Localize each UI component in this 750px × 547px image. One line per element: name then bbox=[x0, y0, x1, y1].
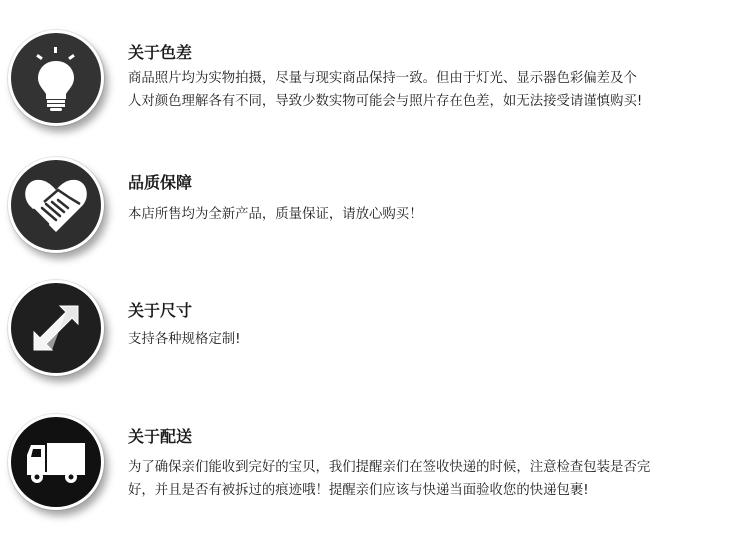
section-title: 关于配送 bbox=[128, 424, 192, 447]
description-line: 支持各种规格定制! bbox=[128, 328, 740, 351]
handshake-badge bbox=[8, 157, 104, 253]
section-title: 关于尺寸 bbox=[128, 298, 192, 321]
description-line: 为了确保亲们能收到完好的宝贝，我们提醒亲们在签收快递的时候，注意检查包装是否完 bbox=[128, 456, 740, 479]
description-line: 好，并且是否有被拆过的痕迹哦！提醒亲们应该与快递当面验收您的快递包裹! bbox=[128, 479, 740, 502]
truck-badge bbox=[8, 414, 104, 510]
description-line: 本店所售均为全新产品，质量保证，请放心购买！ bbox=[128, 203, 740, 226]
section-title: 关于色差 bbox=[128, 40, 192, 63]
delivery-truck-icon bbox=[25, 439, 87, 485]
lightbulb-icon bbox=[26, 43, 86, 113]
section-delivery: 关于配送 为了确保亲们能收到完好的宝贝，我们提醒亲们在签收快递的时候，注意检查包… bbox=[0, 400, 750, 547]
section-dimensions: 关于尺寸 支持各种规格定制! bbox=[0, 270, 750, 400]
section-quality-guarantee: 品质保障 本店所售均为全新产品，质量保证，请放心购买！ bbox=[0, 140, 750, 270]
section-description: 为了确保亲们能收到完好的宝贝，我们提醒亲们在签收快递的时候，注意检查包装是否完 … bbox=[128, 456, 740, 502]
section-description: 商品照片均为实物拍摄，尽量与现实商品保持一致。但由于灯光、显示器色彩偏差及个 人… bbox=[128, 67, 740, 113]
resize-arrow-icon bbox=[28, 300, 84, 356]
resize-badge bbox=[8, 280, 104, 376]
section-description: 支持各种规格定制! bbox=[128, 328, 740, 351]
handshake-heart-icon bbox=[22, 174, 90, 236]
section-title: 品质保障 bbox=[128, 170, 192, 193]
description-line: 商品照片均为实物拍摄，尽量与现实商品保持一致。但由于灯光、显示器色彩偏差及个 bbox=[128, 67, 740, 90]
section-description: 本店所售均为全新产品，质量保证，请放心购买！ bbox=[128, 203, 740, 226]
description-line: 人对颜色理解各有不同，导致少数实物可能会与照片存在色差，如无法接受请谨慎购买! bbox=[128, 90, 740, 113]
section-color-difference: 关于色差 商品照片均为实物拍摄，尽量与现实商品保持一致。但由于灯光、显示器色彩偏… bbox=[0, 0, 750, 140]
lightbulb-badge bbox=[8, 30, 104, 126]
